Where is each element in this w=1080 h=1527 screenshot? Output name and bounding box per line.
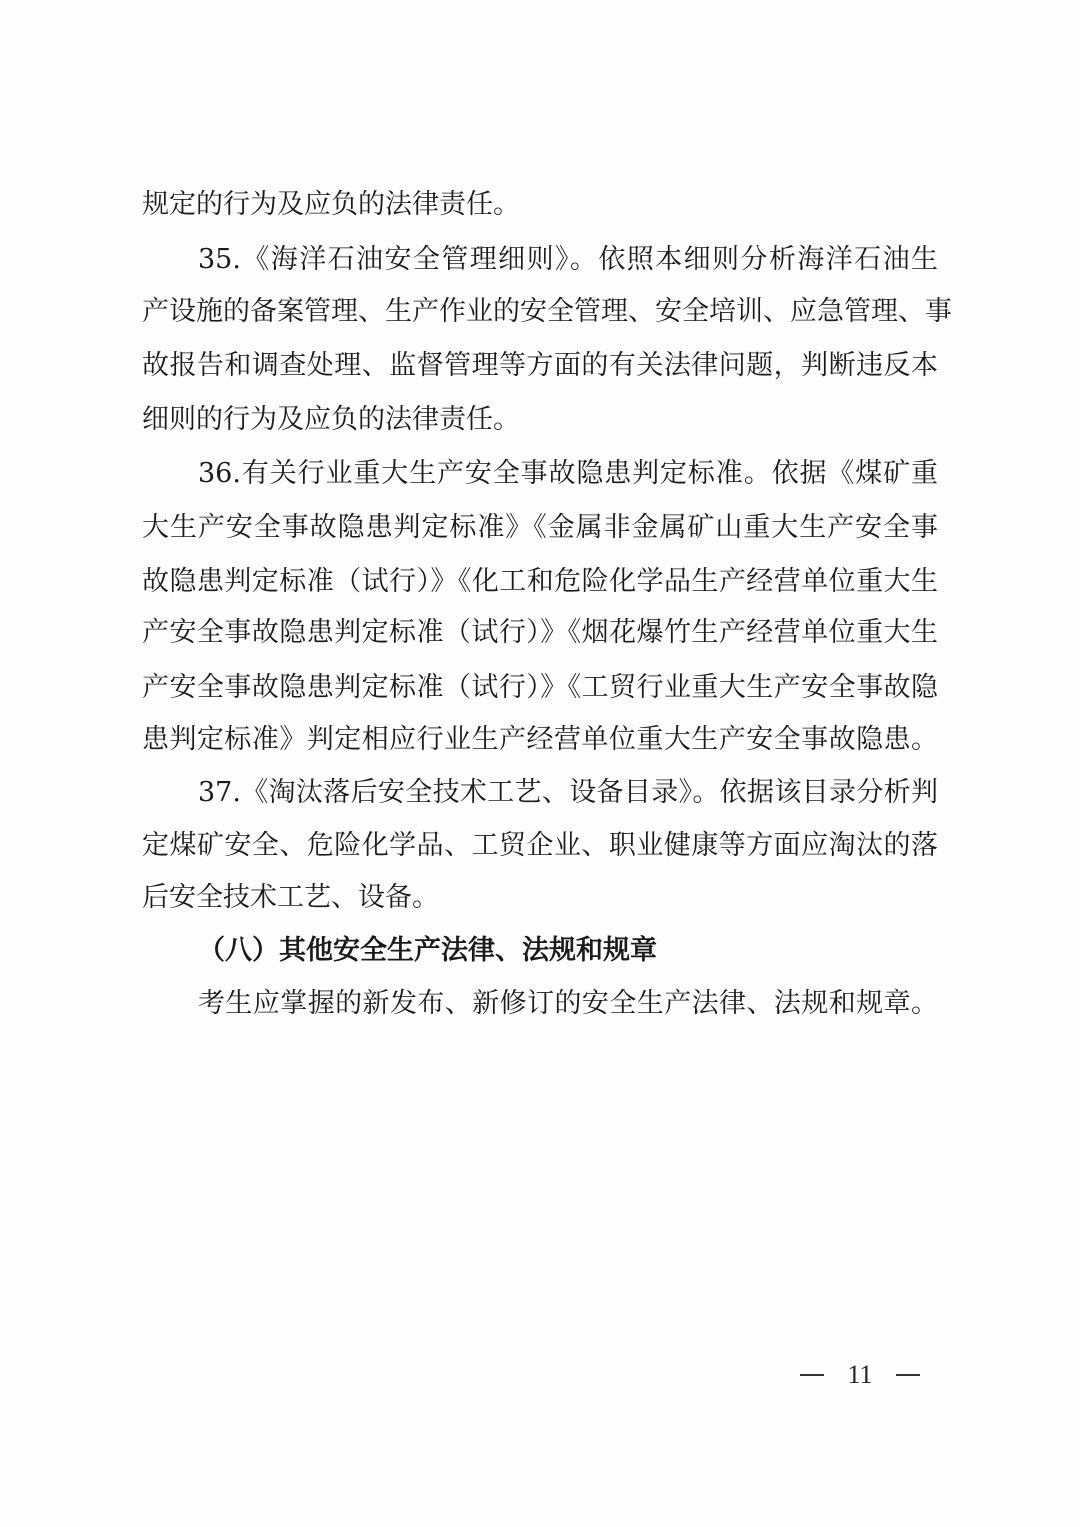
- text-line: 产安全事故隐患判定标准（试行）》《烟花爆竹生产经营单位重大生: [142, 613, 938, 653]
- text-line: 规定的行为及应负的法律责任。: [142, 185, 938, 225]
- document-page: 规定的行为及应负的法律责任。 35.《海洋石油安全管理细则》。依照本细则分析海洋…: [0, 0, 1080, 1527]
- text-line: 产安全事故隐患判定标准（试行）》《工贸行业重大生产安全事故隐: [142, 668, 938, 708]
- text-line: 故报告和调查处理、监督管理等方面的有关法律问题，判断违反本: [142, 346, 938, 386]
- dash-left: [800, 1374, 824, 1376]
- text-line: 考生应掌握的新发布、新修订的安全生产法律、法规和规章。: [198, 984, 938, 1024]
- text-line: 定煤矿安全、危险化学品、工贸企业、职业健康等方面应淘汰的落: [142, 826, 938, 866]
- section-heading: （八）其他安全生产法律、法规和规章: [198, 931, 938, 971]
- text-line: 后安全技术工艺、设备。: [142, 878, 938, 918]
- page-number-value: 11: [847, 1358, 872, 1392]
- item-37-heading-line: 37.《淘汰落后安全技术工艺、设备目录》。依据该目录分析判: [198, 773, 938, 813]
- dash-right: [896, 1374, 920, 1376]
- item-36-heading-line: 36.有关行业重大生产安全事故隐患判定标准。依据《煤矿重: [198, 454, 938, 494]
- text-line: 细则的行为及应负的法律责任。: [142, 400, 938, 440]
- text-line: 产设施的备案管理、生产作业的安全管理、安全培训、应急管理、事: [142, 292, 938, 332]
- item-35-heading-line: 35.《海洋石油安全管理细则》。依照本细则分析海洋石油生: [198, 240, 938, 280]
- text-line: 故隐患判定标准（试行）》《化工和危险化学品生产经营单位重大生: [142, 562, 938, 602]
- text-line: 患判定标准》判定相应行业生产经营单位重大生产安全事故隐患。: [142, 720, 938, 760]
- page-number: 11: [800, 1358, 920, 1392]
- text-line: 大生产安全事故隐患判定标准》《金属非金属矿山重大生产安全事: [142, 508, 938, 548]
